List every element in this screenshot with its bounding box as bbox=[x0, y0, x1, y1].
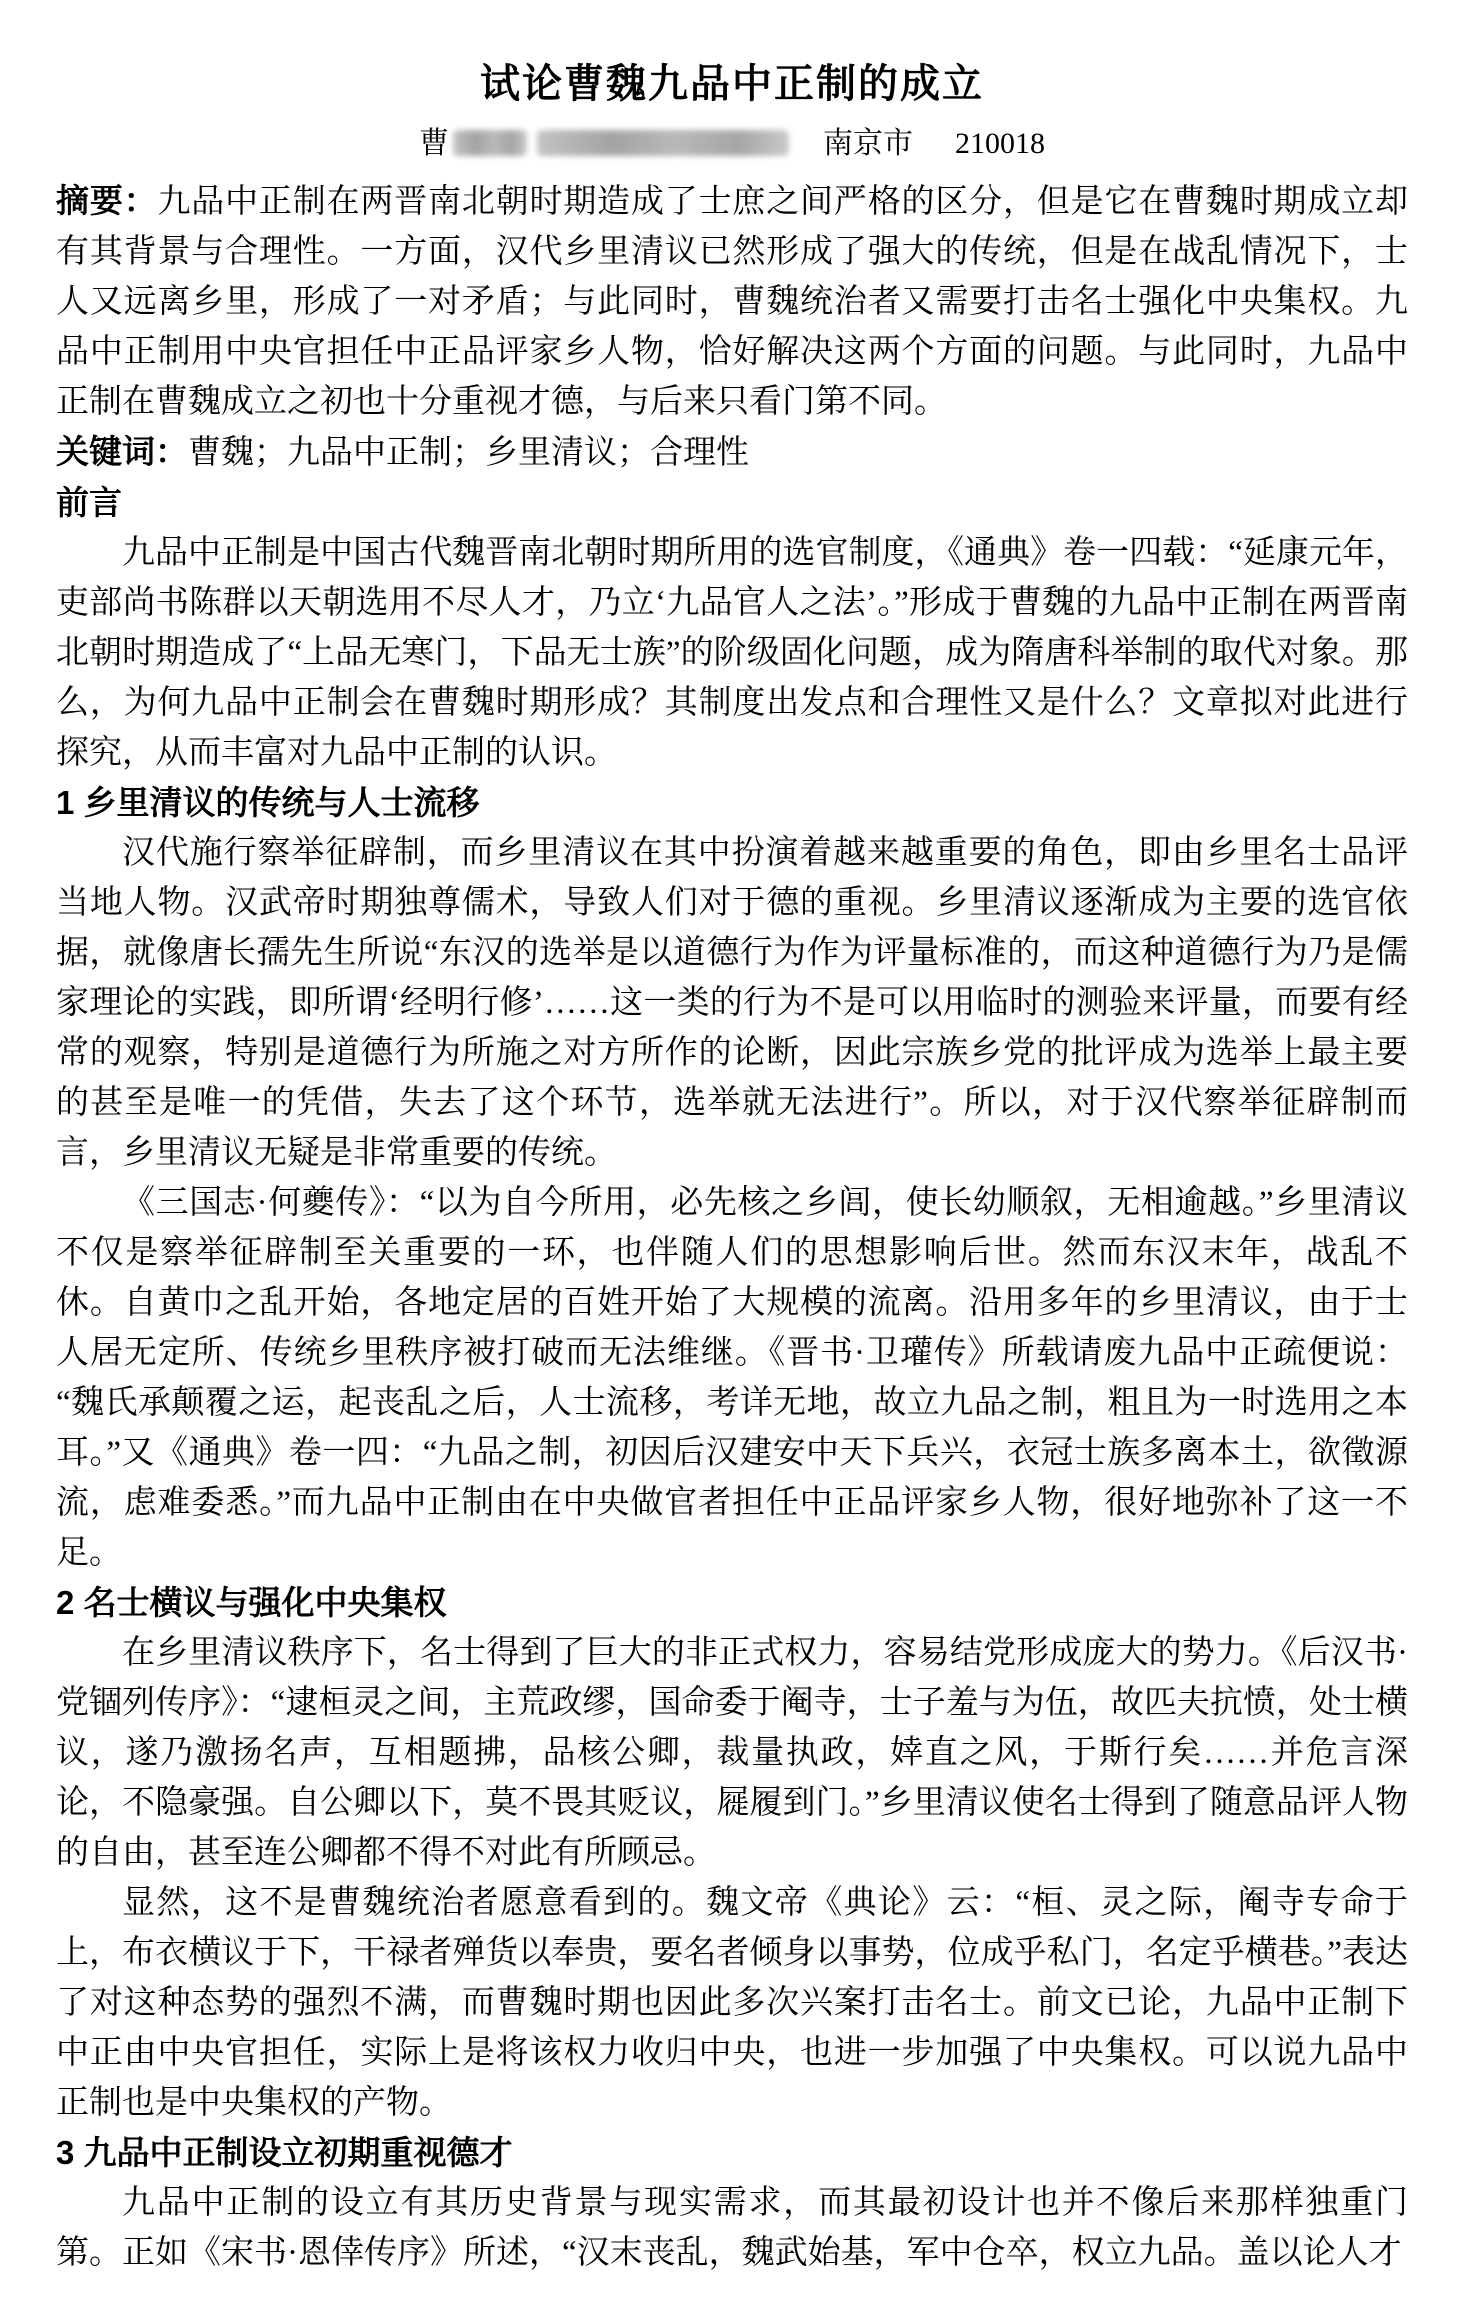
section-2-paragraph-1: 在乡里清议秩序下，名士得到了巨大的非正式权力，容易结党形成庞大的势力。《后汉书·… bbox=[56, 1628, 1408, 1878]
author-line: 曹南京市210018 bbox=[56, 122, 1408, 166]
author-city: 南京市 bbox=[823, 127, 913, 160]
keywords-text: 曹魏；九品中正制；乡里清议；合理性 bbox=[188, 435, 749, 471]
keywords-paragraph: 关键词：曹魏；九品中正制；乡里清议；合理性 bbox=[56, 427, 1408, 478]
section-3-paragraph-1: 九品中正制的设立有其历史背景与现实需求，而其最初设计也并不像后来那样独重门第。正… bbox=[56, 2178, 1408, 2278]
section-1-paragraph-2: 《三国志·何夔传》：“以为自今所用，必先核之乡闾，使长幼顺叙，无相逾越。”乡里清… bbox=[56, 1178, 1408, 1578]
section-heading-1: 1 乡里清议的传统与人士流移 bbox=[56, 778, 1408, 828]
section-heading-preface: 前言 bbox=[56, 478, 1408, 528]
author-postcode: 210018 bbox=[955, 127, 1045, 160]
abstract-label: 摘要： bbox=[56, 182, 157, 219]
section-2-paragraph-2: 显然，这不是曹魏统治者愿意看到的。魏文帝《典论》云：“桓、灵之际，阉寺专命于上，… bbox=[56, 1878, 1408, 2128]
author-surname: 曹 bbox=[419, 127, 449, 160]
page-title: 试论曹魏九品中正制的成立 bbox=[56, 60, 1408, 108]
document-page: 试论曹魏九品中正制的成立 曹南京市210018 摘要：九品中正制在两晋南北朝时期… bbox=[0, 0, 1458, 2302]
section-heading-2: 2 名士横议与强化中央集权 bbox=[56, 1578, 1408, 1628]
abstract-paragraph: 摘要：九品中正制在两晋南北朝时期造成了士庶之间严格的区分，但是它在曹魏时期成立却… bbox=[56, 176, 1408, 427]
redacted-author-contact bbox=[537, 130, 789, 156]
section-1-paragraph-1: 汉代施行察举征辟制，而乡里清议在其中扮演着越来越重要的角色，即由乡里名士品评当地… bbox=[56, 828, 1408, 1178]
keywords-label: 关键词： bbox=[56, 433, 188, 470]
preface-paragraph: 九品中正制是中国古代魏晋南北朝时期所用的选官制度，《通典》卷一四载：“延康元年，… bbox=[56, 528, 1408, 778]
abstract-text: 九品中正制在两晋南北朝时期造成了士庶之间严格的区分，但是它在曹魏时期成立却有其背… bbox=[56, 184, 1408, 420]
redacted-author-name bbox=[453, 130, 527, 156]
section-heading-3: 3 九品中正制设立初期重视德才 bbox=[56, 2128, 1408, 2178]
